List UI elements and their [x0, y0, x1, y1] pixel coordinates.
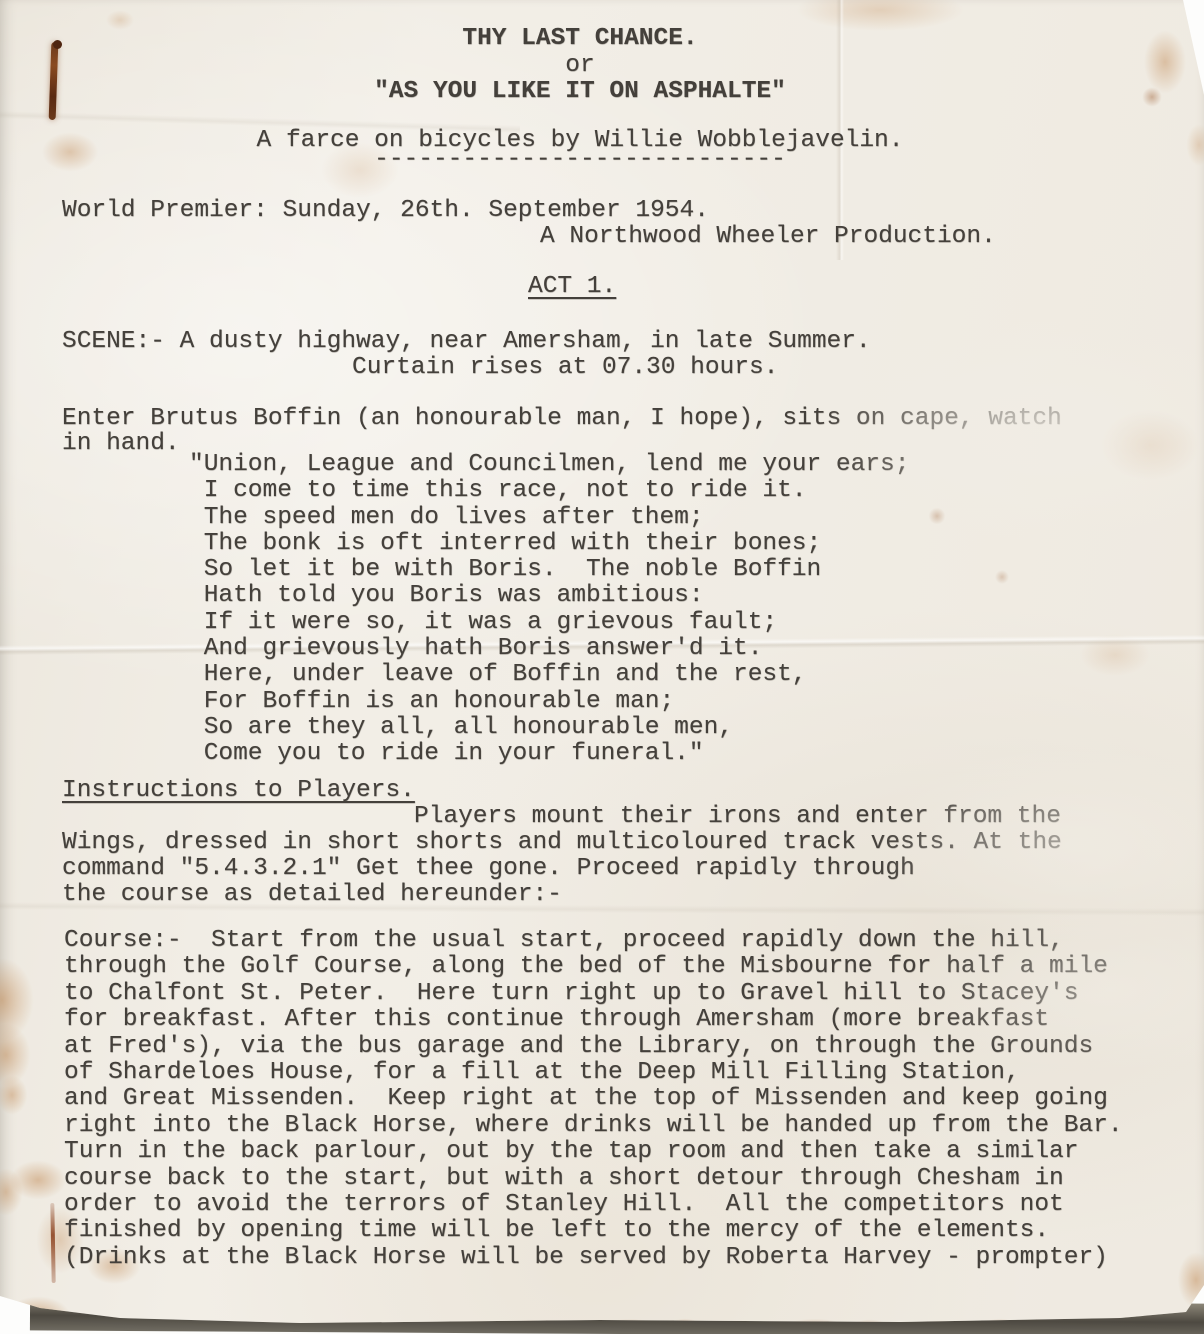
monologue-line: Come you to ride in your funeral."	[189, 741, 909, 767]
monologue-line: And grievously hath Boris answer'd it.	[189, 636, 909, 662]
monologue-line: So are they all, all honourable men,	[189, 715, 909, 741]
stage-direction-line2: in hand.	[62, 431, 180, 457]
instructions-first-line: Players mount their irons and enter from…	[414, 804, 1061, 830]
monologue-line: So let it be with Boris. The noble Boffi…	[189, 557, 909, 583]
instructions-block: Wings, dressed in short shorts and multi…	[62, 830, 1062, 908]
course-line: Turn in the back parlour, out by the tap…	[64, 1139, 1123, 1165]
monologue-line: I come to time this race, not to ride it…	[189, 478, 909, 504]
monologue-block: "Union, League and Councilmen, lend me y…	[189, 452, 909, 768]
monologue-line: Here, under leave of Boffin and the rest…	[189, 662, 909, 688]
title-line3: "AS YOU LIKE IT ON ASPHALTE"	[0, 79, 1160, 105]
production-line: A Northwood Wheeler Production.	[540, 224, 996, 250]
monologue-line: For Boffin is an honourable man;	[189, 689, 909, 715]
monologue-line: If it were so, it was a grievous fault;	[189, 610, 909, 636]
monologue-line: "Union, League and Councilmen, lend me y…	[189, 452, 909, 478]
typewritten-text-layer: THY LAST CHANCE. or "AS YOU LIKE IT ON A…	[0, 0, 1204, 1334]
byline-rule: ----------------------------	[0, 147, 1160, 173]
course-line: Course:- Start from the usual start, pro…	[64, 928, 1123, 954]
course-line: for breakfast. After this continue throu…	[64, 1007, 1123, 1033]
premiere-line: World Premier: Sunday, 26th. September 1…	[62, 198, 709, 224]
course-line: order to avoid the terrors of Stanley Hi…	[64, 1192, 1123, 1218]
title-line2: or	[0, 53, 1160, 79]
title-line1: THY LAST CHANCE.	[0, 26, 1160, 52]
course-line: to Chalfont St. Peter. Here turn right u…	[64, 981, 1123, 1007]
instructions-line: Wings, dressed in short shorts and multi…	[62, 830, 1062, 856]
monologue-line: Hath told you Boris was ambitious:	[189, 583, 909, 609]
instructions-line: the course as detailed hereunder:-	[62, 882, 1062, 908]
course-line: and Great Missenden. Keep right at the t…	[64, 1086, 1123, 1112]
instructions-heading: Instructions to Players.	[62, 778, 415, 804]
course-line: finished by opening time will be left to…	[64, 1218, 1123, 1244]
course-line: of Shardeloes House, for a fill at the D…	[64, 1060, 1123, 1086]
scene-line2: Curtain rises at 07.30 hours.	[352, 355, 778, 381]
monologue-line: The bonk is oft interred with their bone…	[189, 531, 909, 557]
paper-sheet: THY LAST CHANCE. or "AS YOU LIKE IT ON A…	[0, 0, 1204, 1334]
stage-direction-line1: Enter Brutus Boffin (an honourable man, …	[62, 406, 1062, 432]
course-line: course back to the start, but with a sho…	[64, 1166, 1123, 1192]
instructions-line: command "5.4.3.2.1" Get thee gone. Proce…	[62, 856, 1062, 882]
scanned-script-page: THY LAST CHANCE. or "AS YOU LIKE IT ON A…	[0, 0, 1204, 1334]
course-line: (Drinks at the Black Horse will be serve…	[64, 1245, 1123, 1271]
act-heading: ACT 1.	[528, 274, 616, 300]
course-line: right into the Black Horse, where drinks…	[64, 1113, 1123, 1139]
course-line: at Fred's), via the bus garage and the L…	[64, 1034, 1123, 1060]
scene-line1: SCENE:- A dusty highway, near Amersham, …	[62, 329, 871, 355]
monologue-line: The speed men do lives after them;	[189, 505, 909, 531]
course-block: Course:- Start from the usual start, pro…	[64, 928, 1123, 1271]
course-line: through the Golf Course, along the bed o…	[64, 954, 1123, 980]
